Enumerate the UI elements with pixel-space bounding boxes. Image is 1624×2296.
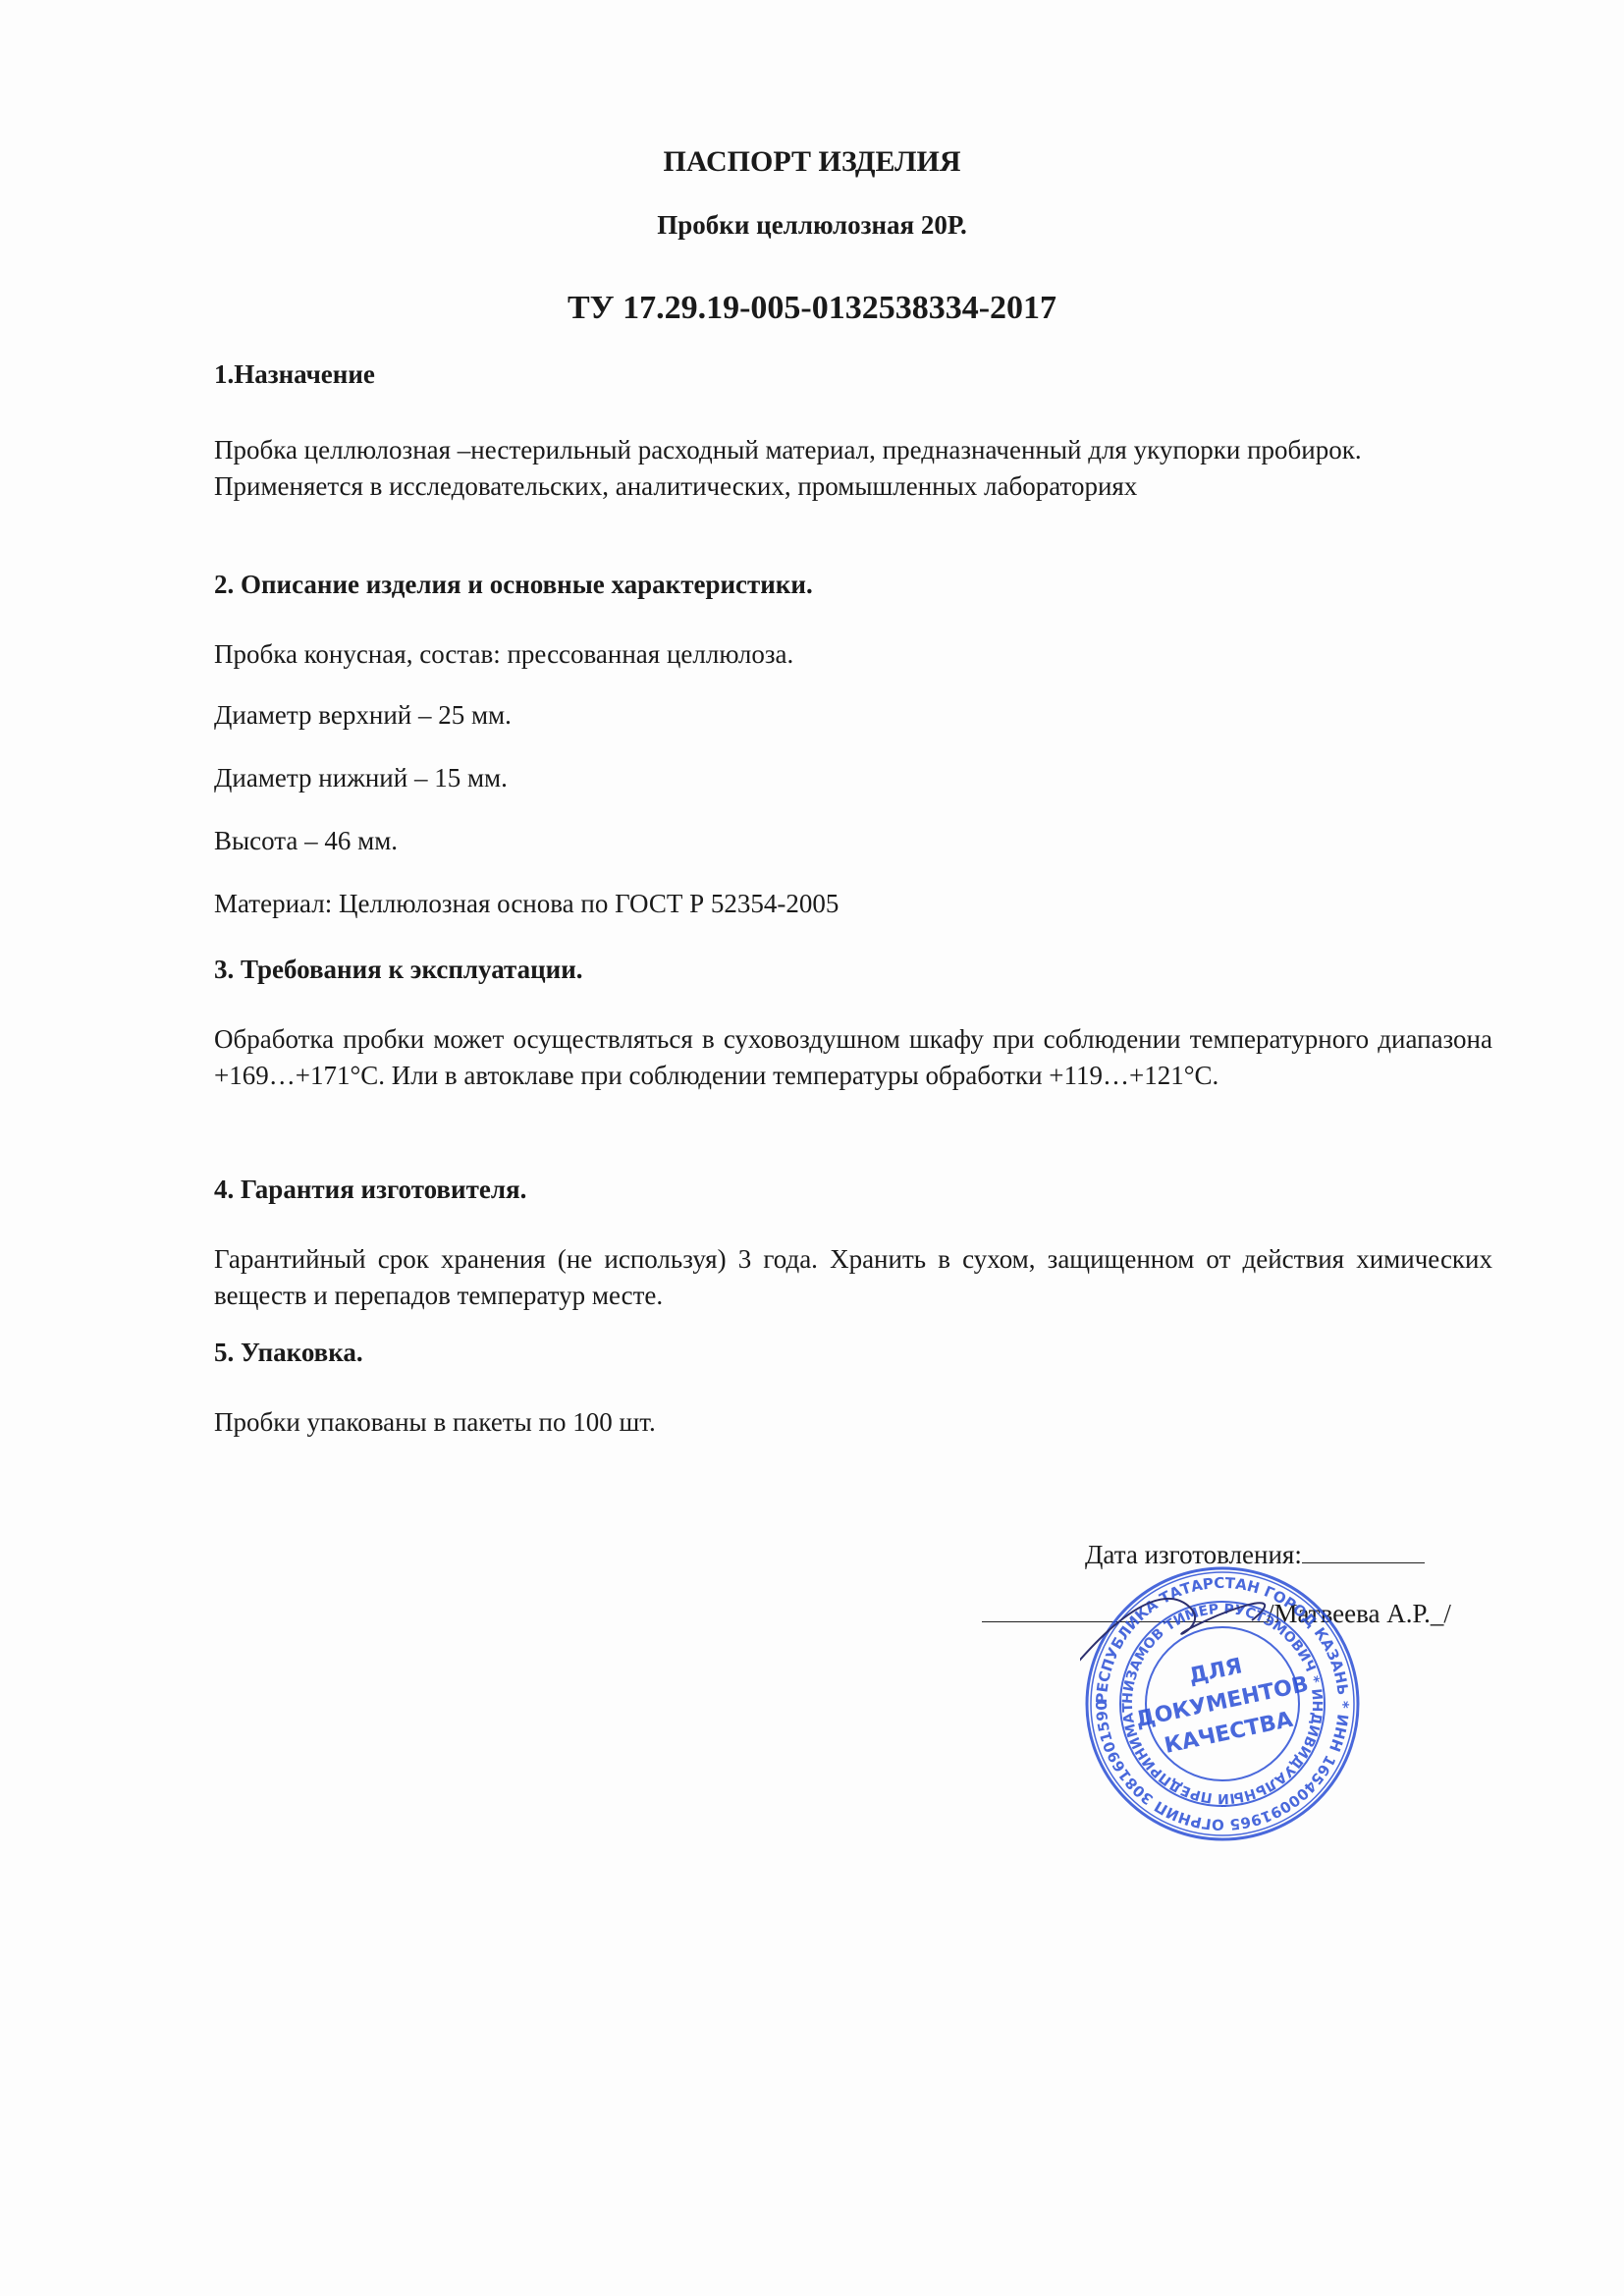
description-composition: Пробка конусная, состав: прессованная це…: [214, 636, 1492, 673]
section-text-warranty: Гарантийный срок хранения (не используя)…: [214, 1241, 1492, 1314]
section-text-packaging: Пробки упакованы в пакеты по 100 шт.: [214, 1404, 1492, 1441]
section-heading-warranty: 4. Гарантия изготовителя.: [214, 1175, 526, 1205]
section-text-purpose: Пробка целлюлозная –нестерильный расходн…: [214, 432, 1492, 505]
description-height: Высота – 46 мм.: [214, 823, 1492, 859]
description-material: Материал: Целлюлозная основа по ГОСТ Р 5…: [214, 886, 1492, 922]
description-bottom-diameter: Диаметр нижний – 15 мм.: [214, 760, 1492, 796]
company-stamp-icon: РЕСПУБЛИКА ТАТАРСТАН ГОРОД КАЗАНЬ * ИНН …: [1080, 1561, 1365, 1846]
section-heading-operation: 3. Требования к эксплуатации.: [214, 955, 583, 985]
section-heading-description: 2. Описание изделия и основные характери…: [214, 570, 813, 600]
section-heading-packaging: 5. Упаковка.: [214, 1338, 363, 1368]
svg-text:ДЛЯ: ДЛЯ: [1187, 1654, 1245, 1689]
section-text-operation: Обработка пробки может осуществляться в …: [214, 1021, 1492, 1094]
section-heading-purpose: 1.Назначение: [214, 359, 375, 390]
product-name: Пробки целлюлозная 20Р.: [0, 210, 1624, 241]
description-top-diameter: Диаметр верхний – 25 мм.: [214, 697, 1492, 734]
technical-standard: ТУ 17.29.19-005-0132538334-2017: [0, 290, 1624, 327]
document-title: ПАСПОРТ ИЗДЕЛИЯ: [0, 145, 1624, 179]
